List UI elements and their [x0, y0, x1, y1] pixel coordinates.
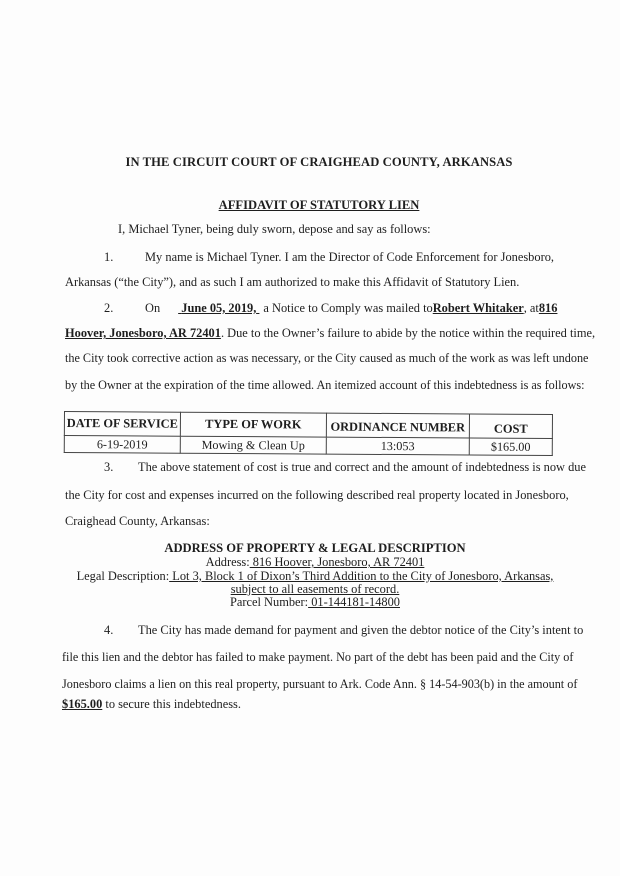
column-header-ordinance: ORDINANCE NUMBER [326, 413, 469, 438]
address-label: Address: [206, 555, 250, 569]
paragraph-2-line-3: the City took corrective action as was n… [65, 351, 588, 366]
notice-date: June 05, 2019, [160, 301, 263, 316]
on-label: On [145, 301, 160, 316]
property-address: Address: 816 Hoover, Jonesboro, AR 72401 [0, 555, 620, 570]
paragraph-2-line-1: On June 05, 2019, a Notice to Comply was… [145, 301, 554, 316]
column-header-type: TYPE OF WORK [180, 412, 326, 437]
legal-description-line-1: Lot 3, Block 1 of Dixon’s Third Addition… [169, 569, 553, 583]
parcel-number: Parcel Number: 01-144181-14800 [0, 595, 620, 610]
itemized-cost-table: DATE OF SERVICE TYPE OF WORK ORDINANCE N… [64, 411, 553, 456]
table-header-row: DATE OF SERVICE TYPE OF WORK ORDINANCE N… [64, 412, 552, 439]
lien-amount: $165.00 [62, 697, 102, 711]
cell-type: Mowing & Clean Up [180, 436, 326, 454]
paragraph-1-line-1: My name is Michael Tyner. I am the Direc… [145, 250, 554, 265]
paragraph-4-line-3: Jonesboro claims a lien on this real pro… [62, 677, 553, 692]
paragraph-4-number: 4. [104, 623, 113, 638]
legal-description-line-2-text: subject to all easements of record. [231, 582, 400, 596]
document-title: AFFIDAVIT OF STATUTORY LIEN [0, 198, 620, 213]
paragraph-3-number: 3. [104, 460, 113, 475]
paragraph-2-line-2: Hoover, Jonesboro, AR 72401. Due to the … [65, 326, 554, 341]
cell-date: 6-19-2019 [64, 436, 180, 454]
paragraph-4-line-1: The City has made demand for payment and… [138, 623, 553, 638]
notice-text: a Notice to Comply was mailed to [263, 301, 432, 316]
cell-cost: $165.00 [469, 438, 552, 456]
cell-ordinance: 13:053 [326, 437, 469, 455]
paragraph-4-line-4: $165.00 to secure this indebtedness. [62, 697, 241, 712]
table-row: 6-19-2019 Mowing & Clean Up 13:053 $165.… [64, 436, 552, 456]
legal-description-label: Legal Description: [77, 569, 170, 583]
paragraph-1-number: 1. [104, 250, 113, 265]
paragraph-4-line-2: file this lien and the debtor has failed… [62, 650, 553, 665]
parcel-value: 01-144181-14800 [308, 595, 400, 609]
paragraph-4-line-4-rest: to secure this indebtedness. [102, 697, 241, 711]
address-value: 816 Hoover, Jonesboro, AR 72401 [250, 555, 425, 569]
paragraph-3-line-1: The above statement of cost is true and … [138, 460, 554, 475]
address-part-1: 816 [539, 301, 558, 316]
parcel-label: Parcel Number: [230, 595, 308, 609]
at-text: , at [524, 301, 539, 316]
column-header-cost: COST [469, 414, 552, 439]
paragraph-3-line-2: the City for cost and expenses incurred … [65, 488, 554, 503]
address-part-2: Hoover, Jonesboro, AR 72401 [65, 326, 221, 340]
paragraph-2-line-4: by the Owner at the expiration of the ti… [65, 378, 585, 393]
paragraph-3-line-3: Craighead County, Arkansas: [65, 514, 210, 529]
paragraph-1-line-2: Arkansas (“the City”), and as such I am … [65, 275, 519, 290]
intro-text: I, Michael Tyner, being duly sworn, depo… [118, 222, 431, 237]
paragraph-2-number: 2. [104, 301, 113, 316]
court-heading: IN THE CIRCUIT COURT OF CRAIGHEAD COUNTY… [0, 155, 620, 170]
column-header-date: DATE OF SERVICE [64, 412, 180, 437]
owner-name: Robert Whitaker [433, 301, 524, 316]
property-heading: ADDRESS OF PROPERTY & LEGAL DESCRIPTION [0, 541, 620, 556]
paragraph-2-line-2-rest: . Due to the Owner’s failure to abide by… [221, 326, 595, 340]
